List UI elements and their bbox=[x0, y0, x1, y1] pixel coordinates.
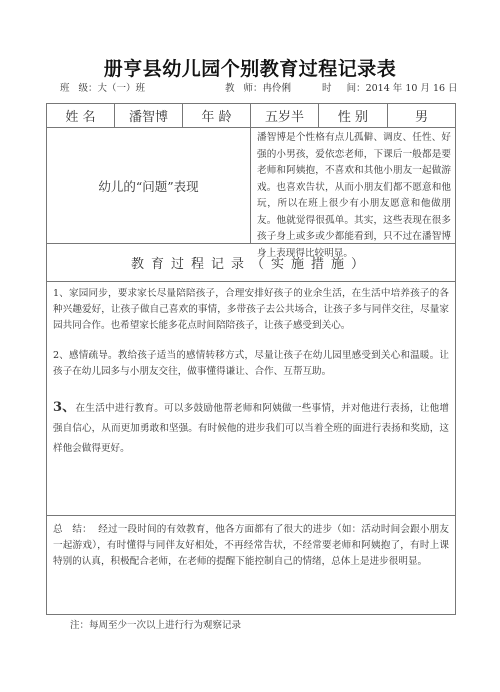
summary-section: 总 结： 经过一段时间的有效教育，他各方面都有了很大的进步（如：活动时间会跟小朋… bbox=[47, 516, 455, 614]
summary-paragraph: 总 结： 经过一段时间的有效教育，他各方面都有了很大的进步（如：活动时间会跟小朋… bbox=[53, 522, 449, 570]
measures-section: 1、家园同步，要求家长尽量陪陪孩子，合理安排好孩子的业余生活，在生活中培养孩子的… bbox=[47, 282, 455, 516]
measure-text: 家园同步，要求家长尽量陪陪孩子，合理安排好孩子的业余生活，在生活中培养孩子的各种… bbox=[53, 288, 449, 331]
section-title: 教育过程记录（实施措施） bbox=[47, 244, 455, 282]
measure-item-2: 2、感情疏导。教给孩子适当的感情转移方式，尽量让孩子在幼儿园里感受到关心和温暖。… bbox=[53, 348, 449, 380]
class-field: 班 级：大（一）班 bbox=[60, 80, 145, 94]
measure-text: 感情疏导。教给孩子适当的感情转移方式，尽量让孩子在幼儿园里感受到关心和温暖。让孩… bbox=[53, 350, 449, 377]
record-table: 姓 名 潘智博 年 龄 五岁半 性 别 男 幼儿的“问题”表现 潘智博是个性格有… bbox=[46, 103, 456, 615]
measure-item-3: 3、在生活中进行教育。可以多鼓励他帮老师和阿姨做一些事情，并对他进行表扬，让他增… bbox=[53, 398, 449, 459]
problem-label: 幼儿的“问题”表现 bbox=[47, 128, 251, 244]
gender-value: 男 bbox=[388, 104, 455, 128]
age-label: 年 龄 bbox=[183, 104, 251, 128]
measure-number: 1、 bbox=[53, 288, 69, 299]
problem-description: 潘智博是个性格有点儿孤僻、调皮、任性、好强的小男孩，爱依恋老师，下课后一般都是要… bbox=[251, 128, 455, 244]
measure-number: 3、 bbox=[53, 400, 76, 415]
document-title: 册亨县幼儿园个别教育过程记录表 bbox=[0, 54, 500, 81]
measure-text: 在生活中进行教育。可以多鼓励他帮老师和阿姨做一些事情，并对他进行表扬，让他增强自… bbox=[53, 403, 449, 454]
name-value: 潘智博 bbox=[115, 104, 183, 128]
measure-number: 2、 bbox=[53, 350, 69, 361]
gender-label: 性 别 bbox=[319, 104, 388, 128]
footer-note: 注：每周至少一次以上进行行为观察记录 bbox=[70, 617, 241, 631]
summary-text: 经过一段时间的有效教育，他各方面都有了很大的进步（如：活动时间会跟小朋友一起游戏… bbox=[53, 524, 449, 567]
time-field: 时 间：2014 年 10 月 16 日 bbox=[322, 80, 458, 94]
teacher-field: 教 师：冉伶俐 bbox=[225, 80, 291, 94]
name-label: 姓 名 bbox=[47, 104, 115, 128]
summary-label: 总 结： bbox=[53, 524, 92, 535]
age-value: 五岁半 bbox=[251, 104, 319, 128]
measure-item-1: 1、家园同步，要求家长尽量陪陪孩子，合理安排好孩子的业余生活，在生活中培养孩子的… bbox=[53, 286, 449, 334]
